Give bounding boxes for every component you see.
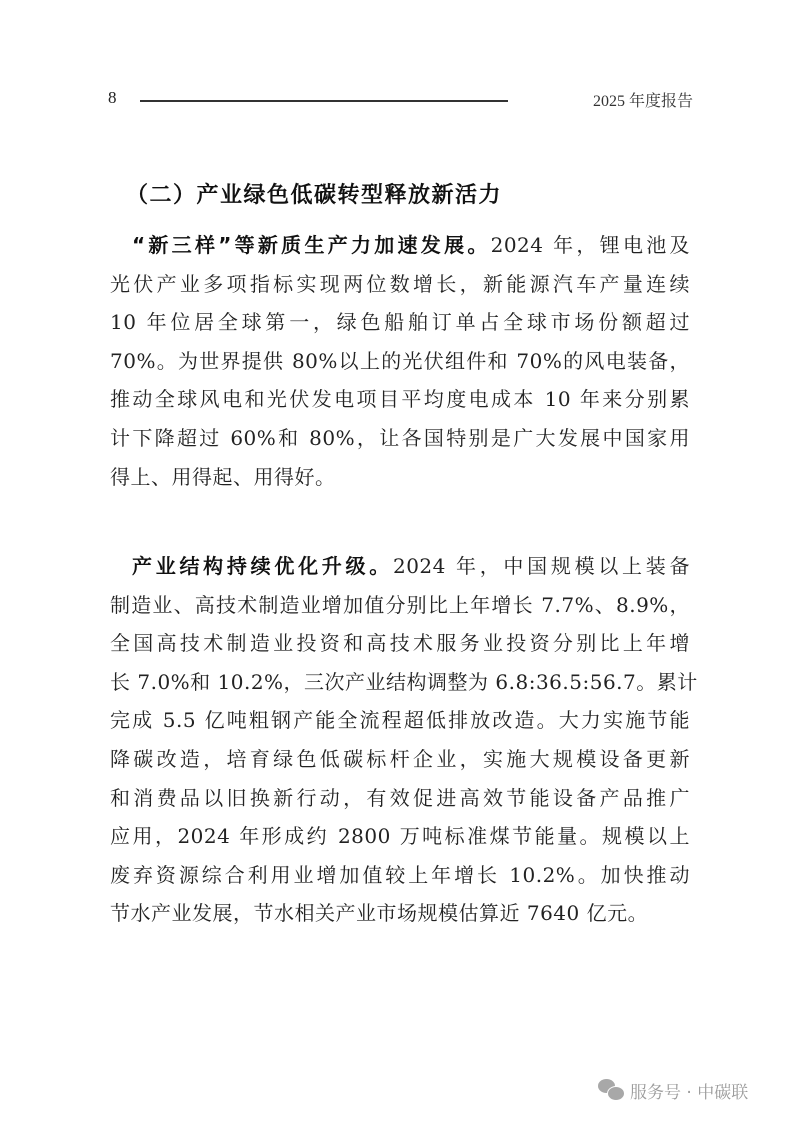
wechat-icon	[598, 1079, 624, 1101]
wechat-watermark: 服务号 · 中碳联	[598, 1076, 748, 1104]
paragraph-line: 计下降超过 60%和 80%，让各国特别是广大发展中国家用	[110, 419, 690, 458]
paragraph-new-three: “新三样”等新质生产力加速发展。2024 年，锂电池及 光伏产业多项指标实现两位…	[110, 226, 690, 496]
paragraph-line: 推动全球风电和光伏发电项目平均度电成本 10 年来分别累	[110, 380, 690, 419]
page-header: 8 2025 年度报告	[108, 88, 693, 114]
paragraph-line: 得上、用得起、用得好。	[110, 458, 690, 497]
paragraph-line: 光伏产业多项指标实现两位数增长，新能源汽车产量连续	[110, 265, 690, 304]
paragraph-lead: “新三样”等新质生产力加速发展。	[132, 233, 491, 257]
paragraph-lead: 产业结构持续优化升级。	[132, 554, 393, 578]
paragraph-line: 全国高技术制造业投资和高技术服务业投资分别比上年增	[110, 624, 690, 663]
running-title: 2025 年度报告	[593, 88, 693, 111]
paragraph-line: 长 7.0%和 10.2%，三次产业结构调整为 6.8:36.5:56.7。累计	[110, 663, 690, 702]
paragraph-line: 废弃资源综合利用业增加值较上年增长 10.2%。加快推动	[110, 856, 690, 895]
section-title: （二）产业绿色低碳转型释放新活力	[126, 178, 502, 209]
paragraph-line: 产业结构持续优化升级。2024 年，中国规模以上装备	[110, 547, 690, 586]
paragraph-line: 降碳改造，培育绿色低碳标杆企业，实施大规模设备更新	[110, 740, 690, 779]
paragraph-line: “新三样”等新质生产力加速发展。2024 年，锂电池及	[110, 226, 690, 265]
paragraph-line: 制造业、高技术制造业增加值分别比上年增长 7.7%、8.9%，	[110, 586, 690, 625]
paragraph-industrial-structure: 产业结构持续优化升级。2024 年，中国规模以上装备 制造业、高技术制造业增加值…	[110, 547, 690, 933]
paragraph-line: 和消费品以旧换新行动，有效促进高效节能设备产品推广	[110, 779, 690, 818]
paragraph-line: 应用，2024 年形成约 2800 万吨标准煤节能量。规模以上	[110, 817, 690, 856]
paragraph-line: 完成 5.5 亿吨粗钢产能全流程超低排放改造。大力实施节能	[110, 701, 690, 740]
watermark-text: 服务号 · 中碳联	[630, 1078, 748, 1103]
page-number: 8	[108, 88, 117, 108]
header-rule	[140, 100, 508, 102]
paragraph-line: 节水产业发展，节水相关产业市场规模估算近 7640 亿元。	[110, 894, 690, 933]
paragraph-line: 10 年位居全球第一，绿色船舶订单占全球市场份额超过	[110, 303, 690, 342]
paragraph-line: 70%。为世界提供 80%以上的光伏组件和 70%的风电装备，	[110, 342, 690, 381]
